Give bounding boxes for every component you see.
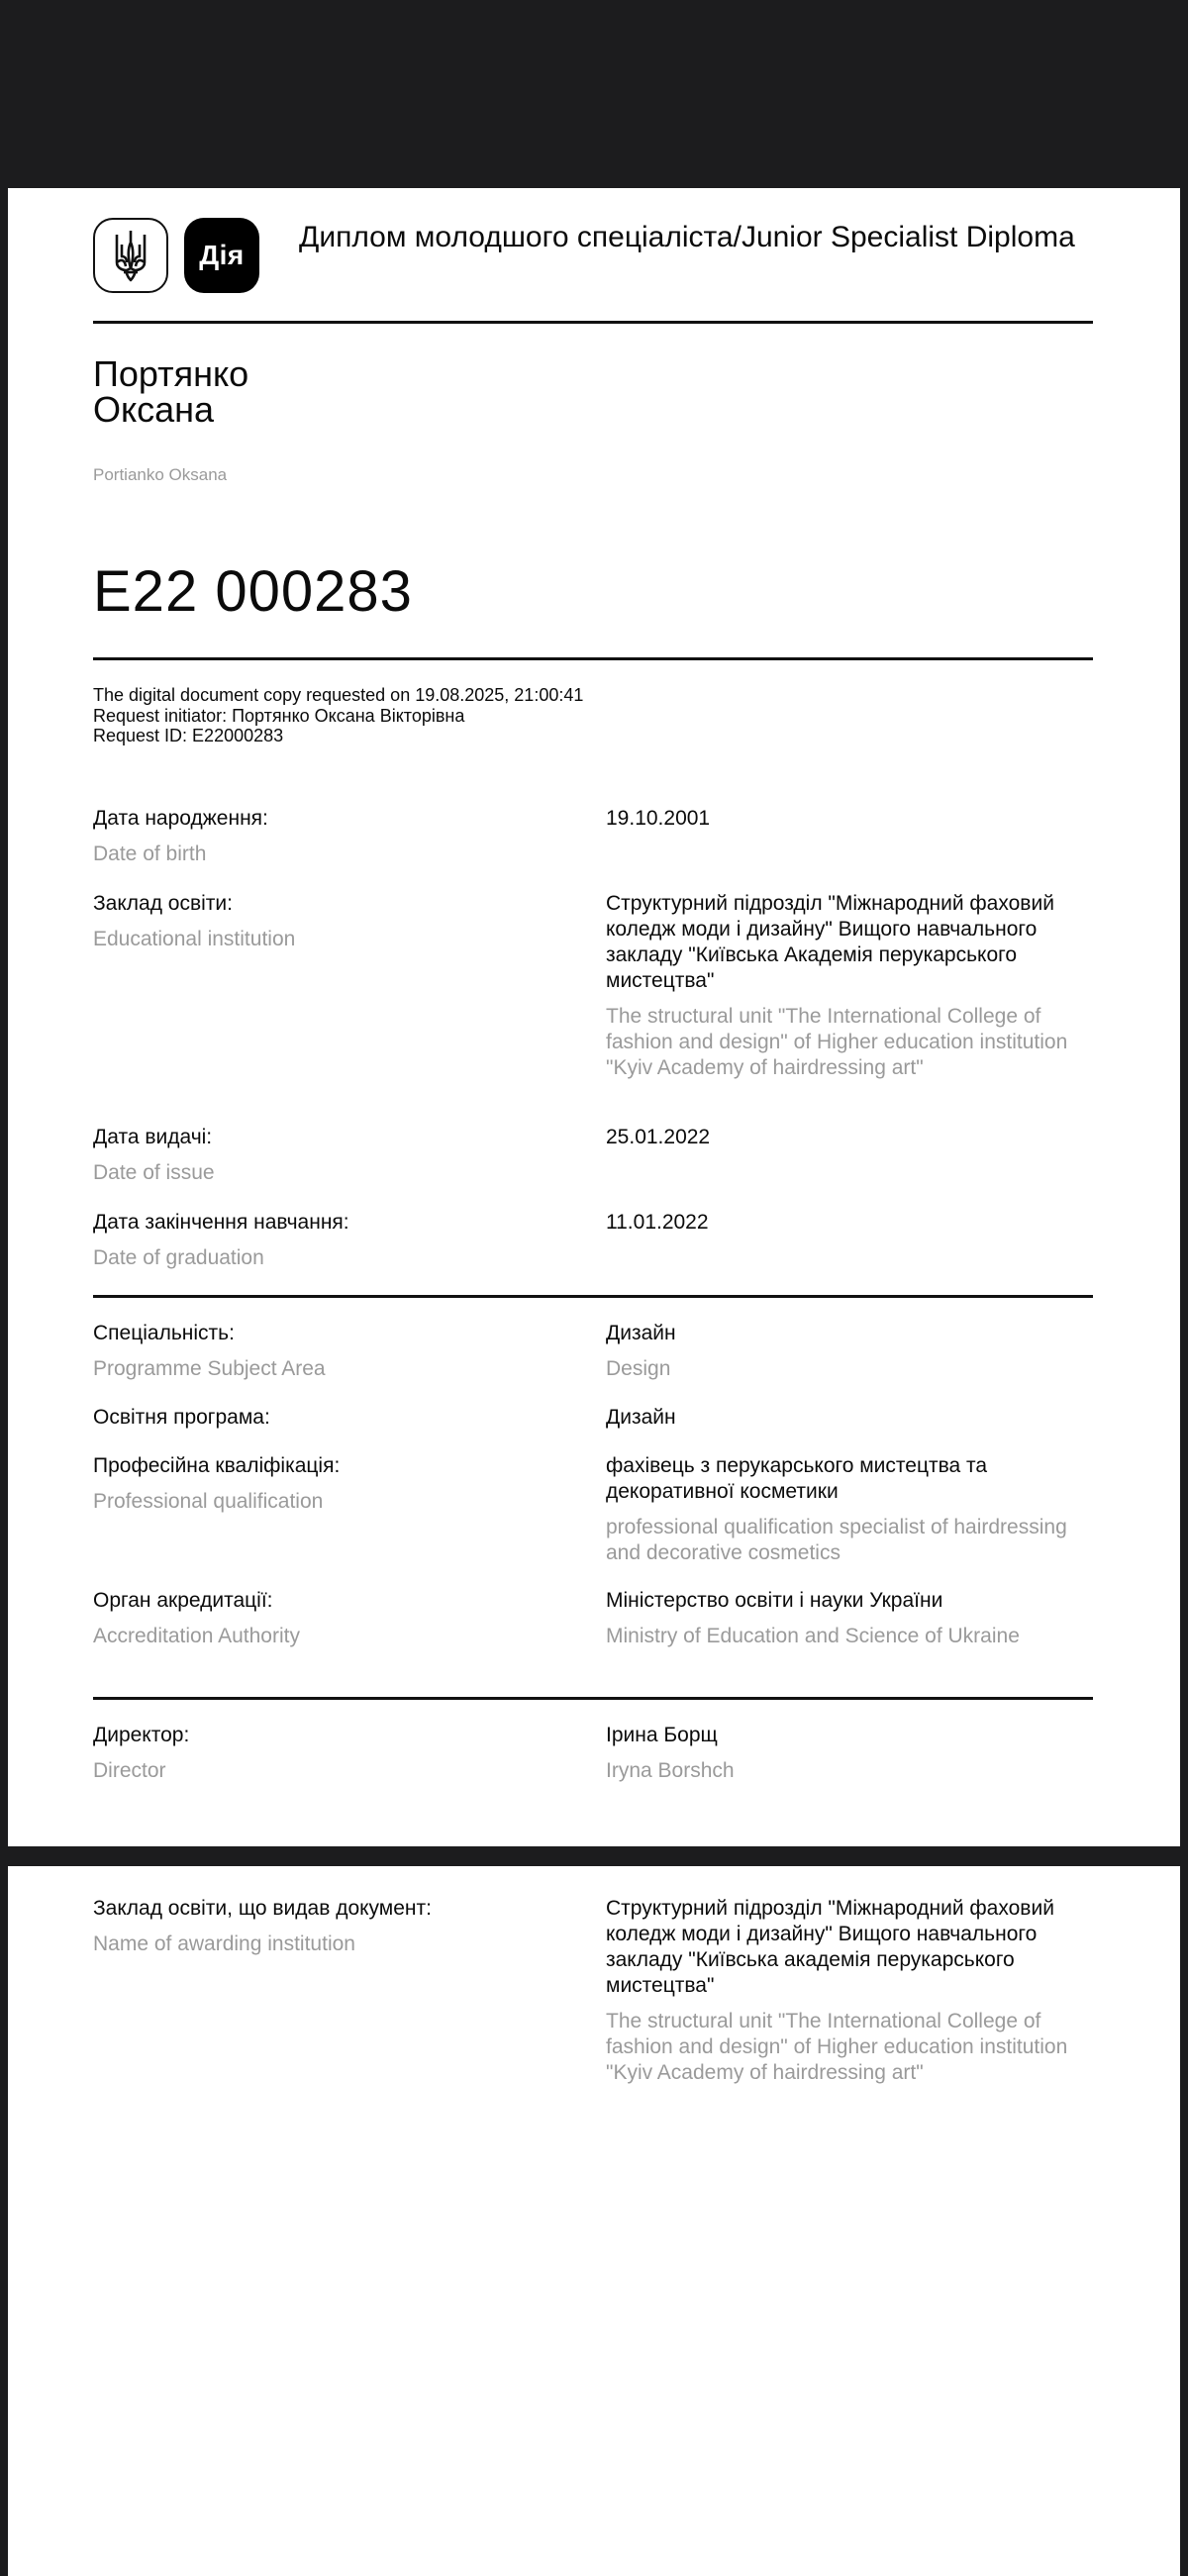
field-label: Директор: (93, 1723, 588, 1748)
field-label-en: Name of awarding institution (93, 1932, 588, 1957)
field-label-en: Date of issue (93, 1160, 588, 1186)
field-label: Заклад освіти: (93, 891, 588, 917)
field-label: Дата видачі: (93, 1125, 588, 1150)
document-page-1: Дія Диплом молодшого спеціаліста/Junior … (8, 188, 1180, 1846)
diia-logo: Дія (184, 218, 259, 293)
field-value: Дизайн (606, 1405, 1091, 1431)
field-value: 11.01.2022 (606, 1210, 1091, 1236)
field-value: Дизайн (606, 1321, 1091, 1346)
divider (93, 321, 1093, 324)
field-value: фахівець з перукарського мистецтва та де… (606, 1453, 1091, 1505)
field-label-en: Date of graduation (93, 1245, 588, 1271)
request-id: Request ID: E22000283 (93, 726, 583, 746)
holder-name-latin: Portianko Oksana (93, 465, 227, 485)
field-value: 25.01.2022 (606, 1125, 1091, 1150)
document-number: E22 000283 (93, 560, 413, 624)
request-info: The digital document copy requested on 1… (93, 685, 583, 746)
field-value: 19.10.2001 (606, 806, 1091, 832)
holder-name: Портянко Оксана (93, 356, 248, 428)
field-value-en: professional qualification specialist of… (606, 1515, 1091, 1566)
field-label: Професійна кваліфікація: (93, 1453, 588, 1479)
document-title: Диплом молодшого спеціаліста/Junior Spec… (299, 220, 1121, 255)
field-label: Освітня програма: (93, 1405, 588, 1431)
field-label-en: Director (93, 1758, 588, 1784)
field-value-en: The structural unit "The International C… (606, 2009, 1091, 2086)
field-value-en: Design (606, 1356, 1091, 1382)
field-label: Орган акредитації: (93, 1588, 588, 1614)
document-page-2: Заклад освіти, що видав документ: Name o… (8, 1866, 1180, 2576)
divider (93, 1295, 1093, 1298)
field-label-en: Date of birth (93, 842, 588, 867)
field-label-en: Professional qualification (93, 1489, 588, 1515)
field-label: Заклад освіти, що видав документ: (93, 1896, 588, 1922)
request-date: The digital document copy requested on 1… (93, 685, 583, 706)
field-value-en: Iryna Borshch (606, 1758, 1091, 1784)
field-value: Міністерство освіти і науки України (606, 1588, 1091, 1614)
field-value-en: The structural unit "The International C… (606, 1004, 1091, 1081)
field-label: Дата закінчення навчання: (93, 1210, 588, 1236)
field-value: Структурний підрозділ "Міжнародний фахов… (606, 1896, 1091, 1999)
divider (93, 657, 1093, 660)
diia-logo-text: Дія (199, 240, 245, 271)
tryzub-glyph (114, 229, 148, 282)
tryzub-icon (93, 218, 168, 293)
request-initiator: Request initiator: Портянко Оксана Вікто… (93, 706, 583, 727)
field-value-en: Ministry of Education and Science of Ukr… (606, 1624, 1091, 1649)
divider (93, 1697, 1093, 1700)
field-label-en: Programme Subject Area (93, 1356, 588, 1382)
holder-given-name: Оксана (93, 392, 248, 428)
field-label-en: Educational institution (93, 927, 588, 952)
field-label-en: Accreditation Authority (93, 1624, 588, 1649)
field-value: Ірина Борщ (606, 1723, 1091, 1748)
field-value: Структурний підрозділ "Міжнародний фахов… (606, 891, 1091, 994)
field-label: Дата народження: (93, 806, 588, 832)
field-label: Спеціальність: (93, 1321, 588, 1346)
holder-surname: Портянко (93, 356, 248, 392)
